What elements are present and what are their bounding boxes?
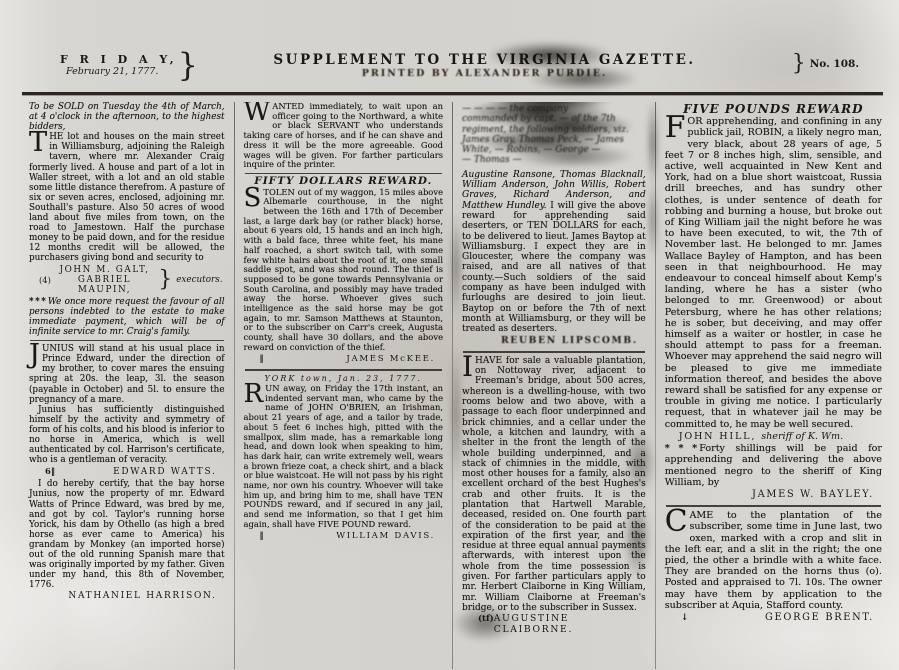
signature-mark: 6‖ [45,466,55,476]
smudged-line: — — — — the company [462,104,646,114]
smudged-line: commanded by capt. — of the 7th [462,114,646,124]
executor-name: GABRIEL MAUPIN, [55,275,154,295]
executor-names: JOHN M. GALT, GABRIEL MAUPIN, [55,265,154,295]
masthead-title: SUPPLEMENT TO THE VIRGINIA GAZETTE. [260,52,709,68]
signature-mark: (tf) [478,614,494,624]
ad-stolen-horse: FIFTY DOLLARS REWARD. STOLEN out of my w… [244,177,444,366]
reward-heading: FIFTY DOLLARS REWARD. [244,177,444,187]
column-3: — — — — the company commanded by capt. —… [457,102,651,669]
column-1: To be SOLD on Tuesday the 4th of March, … [24,102,230,669]
signature-row: ↓ GEORGE BRENT. [665,611,882,625]
signature-mark: ‖ [260,354,264,364]
column-rule [655,102,656,669]
brace-ornament: } [792,54,806,74]
column-4: FIVE POUNDS REWARD FOR apprehending, and… [660,102,887,669]
reward-postscript: * * *Forty shillings will be paid for ap… [665,443,882,488]
signature-name: JAMES McKEE. [346,355,435,365]
signature-row: ‖ JAMES McKEE. [244,353,444,367]
ad-reward-robin-body: FOR apprehending, and confining in any p… [665,116,882,430]
signature-name: REUBEN LIPSCOMB. [501,336,638,346]
notice-stray-oxen: CAME to the plantation of the subscriber… [665,510,882,625]
ad-stolen-horse-body: STOLEN out of my waggon, 15 miles above … [244,188,444,353]
ad-wanted-servant: WANTED immediately, to wait upon an offi… [244,102,444,170]
ad-junius-body: JUNIUS will stand at his usual place in … [29,344,225,405]
ad-junius-stud: JUNIUS will stand at his usual place in … [29,344,225,479]
masthead-date: February 21, 1777. [60,66,178,77]
signature-row: JOHN HILL, sheriff of K. Wm. [665,430,882,442]
asterism-mark: * * * [665,443,700,454]
masthead-date-block: F R I D A Y, February 21, 1777. } [60,50,260,80]
signature-name: JAMES W. BAYLEY. [752,489,874,500]
signature-row: ‖ WILLIAM DAVIS. [244,530,444,544]
asterism-mark: * * * [29,297,48,307]
signature-name: EDWARD WATTS. [113,467,216,477]
column-divider-rule [463,351,645,353]
column-divider-rule [30,340,224,341]
ink-smudged-text: — — — — the company commanded by capt. —… [460,102,648,168]
notice-stray-oxen-body: CAME to the plantation of the subscriber… [665,510,882,611]
column-divider-rule [245,173,443,174]
ad-runaway-body: RUN away, on Friday the 17th instant, an… [244,384,444,530]
column-rule [234,102,235,669]
signature-row: JAMES W. BAYLEY. [665,488,882,502]
brace-ornament: } [158,270,172,290]
column-divider-rule [666,505,881,507]
notice-deserters: — — — — the company commanded by capt. —… [462,102,646,348]
brace-ornament: } [178,50,198,80]
masthead-title-block: SUPPLEMENT TO THE VIRGINIA GAZETTE. PRIN… [260,50,709,79]
executor-name: JOHN M. GALT, [55,265,154,275]
ad-junius-para2: Junius has sufficiently distinguished hi… [29,405,225,466]
smudged-line: James Gray, Thomas Peck, — James [462,135,646,145]
signature-name: NATHANIEL HARRISON. [68,591,216,601]
signature-name: JOHN HILL, [679,431,756,442]
smudged-line: regiment, the following soldiers, viz. [462,125,646,135]
signature-role: sheriff of K. Wm. [761,431,843,442]
smudged-line: — Thomas — [462,155,646,165]
ad-house-sale-intro: To be SOLD on Tuesday the 4th of March, … [29,102,225,132]
ad-plantation-sale: I HAVE for sale a valuable plantation, o… [462,356,646,637]
signature-mark: ‖ [260,531,264,541]
masthead: F R I D A Y, February 21, 1777. } SUPPLE… [16,50,889,90]
reward-heading: FIVE POUNDS REWARD [665,104,882,115]
ad-runaway-servant: YORK town, Jan. 23, 1777. RUN away, on F… [244,374,444,543]
column-2: WANTED immediately, to wait upon an offi… [239,102,449,669]
smudged-line: White, — Robins, — George — [462,145,646,155]
ad-house-sale: To be SOLD on Tuesday the 4th of March, … [29,102,225,337]
signature-row: NATHANIEL HARRISON. [29,590,225,603]
ad-reward-robin: FIVE POUNDS REWARD FOR apprehending, and… [665,104,882,502]
column-divider-rule [245,369,443,371]
executors-role: executors. [176,275,222,285]
signature-name: AUGUSTINE CLAIBORNE. [494,614,638,635]
newspaper-page: F R I D A Y, February 21, 1777. } SUPPLE… [0,0,899,670]
signature-row: (tf) AUGUSTINE CLAIBORNE. [462,613,646,637]
signature-name: GEORGE BRENT. [765,612,874,623]
masthead-issue-block: } No. 108. [709,50,859,74]
ad-house-sale-postscript: * * *We once more request the favour of … [29,297,225,337]
down-arrow-mark: ↓ [681,612,689,623]
masthead-weekday: F R I D A Y, [60,53,178,66]
ad-plantation-body: I HAVE for sale a valuable plantation, o… [462,356,646,613]
certificate-notice: I do hereby certify, that the bay horse … [29,479,225,603]
signature-row: 6‖ EDWARD WATTS. [29,465,225,479]
reference-mark: (4) [39,275,51,285]
certificate-body: I do hereby certify, that the bay horse … [29,479,225,590]
columns: To be SOLD on Tuesday the 4th of March, … [16,95,889,669]
ad-wanted-body: WANTED immediately, to wait upon an offi… [244,102,444,170]
signature-row: REUBEN LIPSCOMB. [462,335,646,348]
ad-house-sale-body: THE lot and houses on the main street in… [29,132,225,263]
column-rule [452,102,453,669]
signature-name: WILLIAM DAVIS. [336,532,435,542]
notice-deserters-body: Augustine Ransone, Thomas Blacknall, Wil… [462,170,646,335]
masthead-issue-number: No. 108. [810,58,859,70]
executors-block: (4) JOHN M. GALT, GABRIEL MAUPIN, } exec… [29,264,225,296]
masthead-printer-line: PRINTED BY ALEXANDER PURDIE. [260,68,709,79]
